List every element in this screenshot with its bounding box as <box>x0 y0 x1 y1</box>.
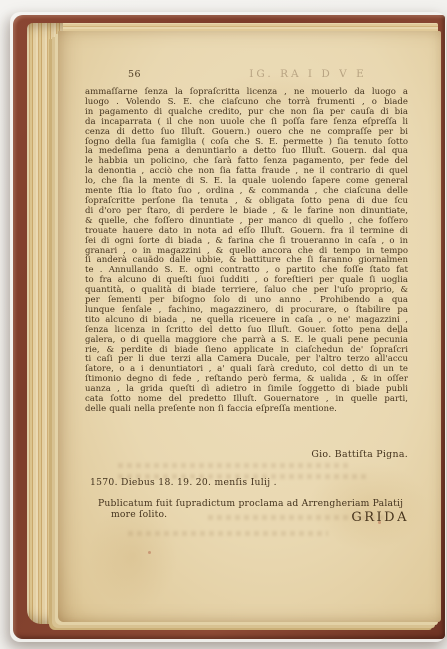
foxing-spot <box>148 551 151 554</box>
page-number: 56 <box>128 69 141 80</box>
catchword-grida: GRIDA <box>85 510 409 525</box>
body-text: ammaſſarne ſenza la ſopraſcritta licenza… <box>85 88 408 415</box>
book-page: 56 IG. RA I D V E ammaſſarne ſenza la ſo… <box>58 31 441 622</box>
text-line: delle quali nella preſente non ſi faccia… <box>85 405 408 415</box>
publication-line-1: Publicatum fuit ſupradictum proclama ad … <box>98 498 403 509</box>
show-through-line <box>118 463 348 468</box>
signature: Gio. Battiſta Pigna. <box>85 449 410 460</box>
book-photo: 56 IG. RA I D V E ammaſſarne ſenza la ſo… <box>0 0 447 649</box>
running-head-showthrough: IG. RA I D V E <box>208 68 408 80</box>
date-line: 1570. Diebus 18. 19. 20. menſis Iulij . <box>90 477 277 488</box>
show-through-line <box>128 531 328 536</box>
